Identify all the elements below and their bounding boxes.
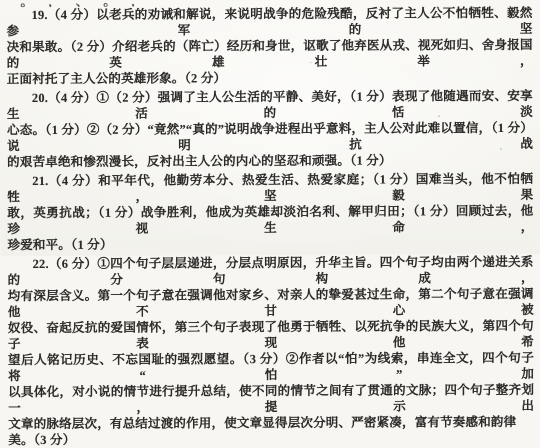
answer-line: 珍爱和平。（1 分）	[7, 235, 533, 253]
clipped-text-marks: 。 ， 、 。 ，	[20, 3, 149, 8]
answer-line: 心态。（1 分）②（2 分）“竟然”“真的”说明战争进程出乎意料，主人公对此难以…	[7, 120, 533, 154]
answer-line: 正面衬托了主人公的英雄形象。（2 分）	[7, 69, 533, 87]
scan-speckle	[310, 62, 312, 63]
answer-line: 20.（4 分）①（2 分）强调了主人公生活的平静、美好，（1 分）表现了他随遇…	[7, 88, 533, 122]
answer-line: 决和果敢。（2 分）介绍老兵的（阵亡）经历和身世，讴歌了他弃医从戎、视死如归、舍…	[7, 37, 533, 71]
answer-line: 敢，英勇抗战；（1 分）战争胜利，他成为英雄却淡泊名利、解甲归田；（1 分）回顾…	[7, 203, 533, 237]
scan-speckle	[500, 148, 502, 150]
answer-19: 19.（4 分）以老兵的劝诫和解说，来说明战争的危险残酷，反衬了主人公不怕牺牲、…	[6, 5, 532, 87]
answer-line: 的艰苦卓绝和惨烈漫长，反衬出主人公的内心的坚忍和顽强。（1 分）	[7, 152, 533, 170]
clipped-text-fragment: 。 ， 、 。 ，	[20, 3, 150, 8]
answer-line: 19.（4 分）以老兵的劝诫和解说，来说明战争的危险残酷，反衬了主人公不怕牺牲、…	[6, 5, 532, 39]
answer-line: 21.（4 分）和平年代，他勤劳本分、热爱生活、热爱家庭；（1 分）国难当头，他…	[7, 171, 533, 205]
answer-21: 21.（4 分）和平年代，他勤劳本分、热爱生活、热爱家庭；（1 分）国难当头，他…	[7, 171, 533, 253]
scan-speckle	[438, 115, 440, 117]
answer-20: 20.（4 分）①（2 分）强调了主人公生活的平静、美好，（1 分）表现了他随遇…	[7, 88, 533, 170]
scanned-document-page: 。 ， 、 。 ， 19.（4 分）以老兵的劝诫和解说，来说明战争的危险残酷，反…	[0, 0, 540, 255]
